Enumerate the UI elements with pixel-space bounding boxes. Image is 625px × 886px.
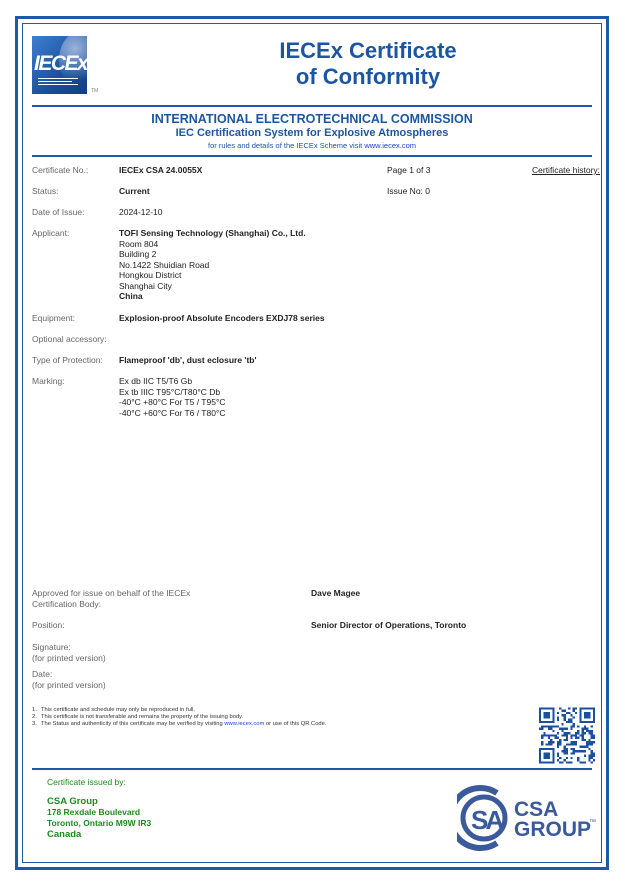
applicant-block: TOFI Sensing Technology (Shanghai) Co., … xyxy=(119,228,306,302)
note-item: 1.This certificate and schedule may only… xyxy=(32,707,326,714)
csa-group-logo: SA CSA GROUP ™ xyxy=(457,783,607,858)
applicant-address-line: Hongkou District xyxy=(119,270,306,281)
position-label: Position: xyxy=(32,620,65,631)
applicant-name: TOFI Sensing Technology (Shanghai) Co., … xyxy=(119,228,306,239)
iecex-link[interactable]: www.iecex.com xyxy=(364,141,416,150)
certificate-frame: IECEx TM IECEx Certificate of Conformity… xyxy=(15,16,609,870)
svg-text:SA: SA xyxy=(471,805,504,835)
issuer-address-line: Toronto, Ontario M9W IR3 xyxy=(47,818,151,829)
applicant-label: Applicant: xyxy=(32,228,69,239)
issuer-name: CSA Group xyxy=(47,796,151,807)
date-of-issue-label: Date of Issue: xyxy=(32,207,84,218)
applicant-address-line: Room 804 xyxy=(119,239,306,250)
iecex-verify-link[interactable]: www.iecex.com xyxy=(224,721,264,727)
protection-type-value: Flameproof 'db', dust eclosure 'tb' xyxy=(119,355,257,366)
approved-by-label: Approved for issue on behalf of the IECE… xyxy=(32,588,190,609)
certificate-notes: 1.This certificate and schedule may only… xyxy=(32,707,326,729)
applicant-address-line: Shanghai City xyxy=(119,281,306,292)
header-divider xyxy=(32,105,592,107)
rules-text: for rules and details of the IECEx Schem… xyxy=(23,141,601,150)
marking-label: Marking: xyxy=(32,376,65,387)
status-value: Current xyxy=(119,186,150,197)
marking-line: -40°C +60°C For T6 / T80°C xyxy=(119,408,226,419)
issuer-block: CSA Group 178 Rexdale Boulevard Toronto,… xyxy=(47,796,151,840)
signature-label: Signature: (for printed version) xyxy=(32,642,106,663)
position-value: Senior Director of Operations, Toronto xyxy=(311,620,466,631)
issued-by-label: Certificate issued by: xyxy=(47,777,126,788)
section-divider xyxy=(32,155,592,157)
issuer-address-line: 178 Rexdale Boulevard xyxy=(47,807,151,818)
applicant-country: China xyxy=(119,291,306,302)
protection-type-label: Type of Protection: xyxy=(32,355,103,366)
equipment-value: Explosion-proof Absolute Encoders EXDJ78… xyxy=(119,313,325,324)
iecex-logo-text: IECEx xyxy=(34,52,87,76)
marking-line: -40°C +80°C For T5 / T95°C xyxy=(119,397,226,408)
applicant-address-line: Building 2 xyxy=(119,249,306,260)
footer-divider xyxy=(32,768,592,770)
applicant-address-line: No.1422 Shuidian Road xyxy=(119,260,306,271)
page-indicator: Page 1 of 3 xyxy=(387,165,430,176)
certificate-number-label: Certificate No.: xyxy=(32,165,88,176)
marking-line: Ex tb IIIC T95°C/T80°C Db xyxy=(119,387,226,398)
qr-code[interactable] xyxy=(539,707,595,764)
status-label: Status: xyxy=(32,186,58,197)
trademark-mark: TM xyxy=(91,88,98,94)
issue-number: Issue No: 0 xyxy=(387,186,430,197)
system-name: IEC Certification System for Explosive A… xyxy=(23,127,601,139)
marking-line: Ex db IIC T5/T6 Gb xyxy=(119,376,226,387)
equipment-label: Equipment: xyxy=(32,313,75,324)
certificate-inner-frame: IECEx TM IECEx Certificate of Conformity… xyxy=(22,23,602,863)
issuer-country: Canada xyxy=(47,829,151,840)
note-item: 3.The Status and authenticity of this ce… xyxy=(32,721,326,728)
optional-accessory-label: Optional accessory: xyxy=(32,334,107,345)
marking-block: Ex db IIC T5/T6 Gb Ex tb IIIC T95°C/T80°… xyxy=(119,376,226,418)
svg-text:™: ™ xyxy=(589,819,596,826)
org-name: INTERNATIONAL ELECTROTECHNICAL COMMISSIO… xyxy=(23,112,601,126)
approval-date-label: Date: (for printed version) xyxy=(32,669,106,690)
iecex-logo: IECEx xyxy=(32,36,87,94)
note-item: 2.This certificate is not transferable a… xyxy=(32,714,326,721)
csa-logo-line2: GROUP xyxy=(514,818,591,841)
certificate-number: IECEx CSA 24.0055X xyxy=(119,165,202,176)
certificate-history-link[interactable]: Certificate history: xyxy=(532,165,600,176)
page-title: IECEx Certificate of Conformity xyxy=(173,38,563,90)
approver-name: Dave Magee xyxy=(311,588,360,599)
date-of-issue: 2024-12-10 xyxy=(119,207,162,218)
